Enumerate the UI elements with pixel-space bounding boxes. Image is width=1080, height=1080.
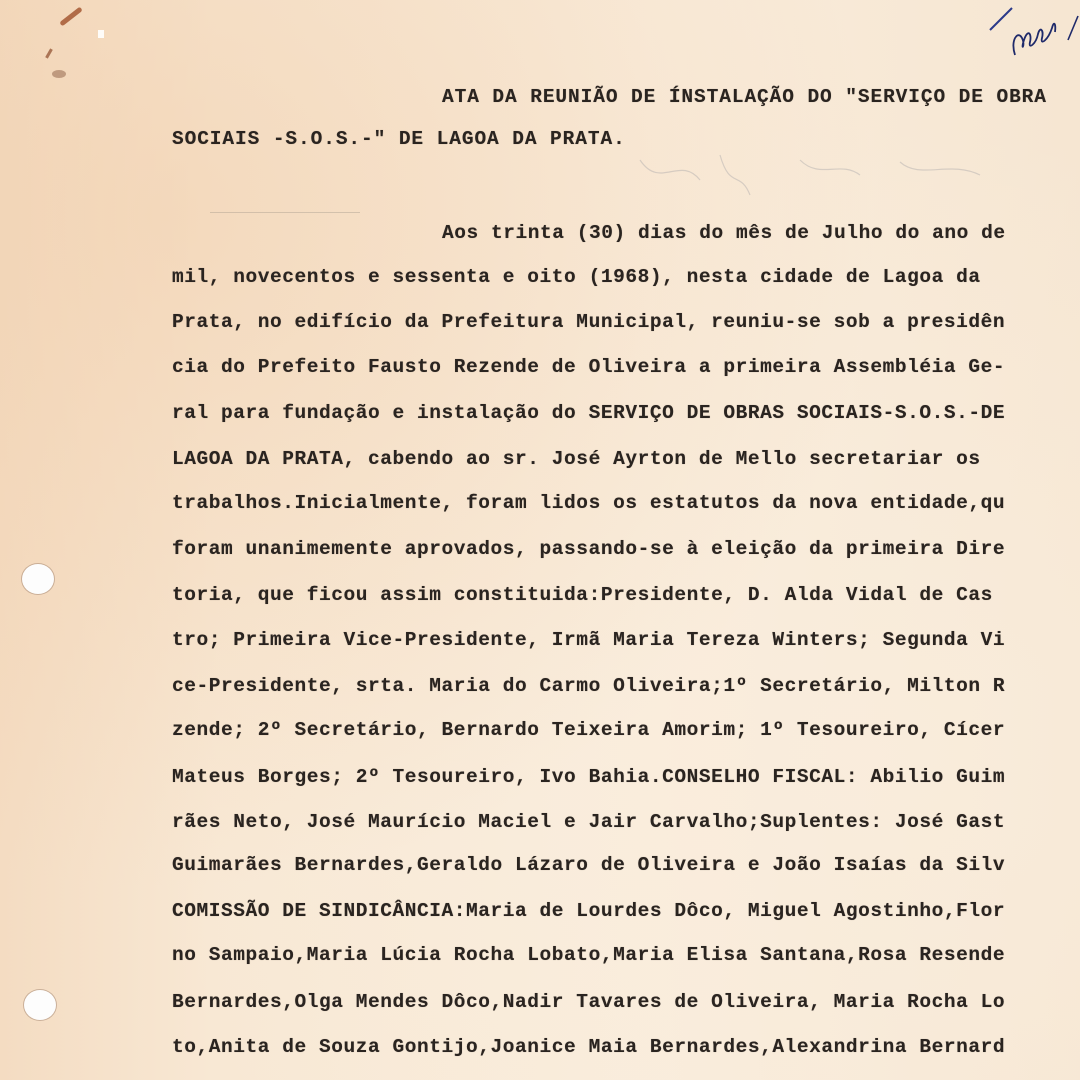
- faint-pencil-marks: [600, 150, 1020, 210]
- body-line: no Sampaio,Maria Lúcia Rocha Lobato,Mari…: [172, 944, 1005, 966]
- body-line: LAGOA DA PRATA, cabendo ao sr. José Ayrt…: [172, 448, 981, 470]
- body-line: zende; 2º Secretário, Bernardo Teixeira …: [172, 719, 1005, 741]
- body-line: foram unanimemente aprovados, passando-s…: [172, 538, 1005, 560]
- body-line: mil, novecentos e sessenta e oito (1968)…: [172, 266, 981, 288]
- divider: [210, 212, 360, 213]
- body-line: Guimarães Bernardes,Geraldo Lázaro de Ol…: [172, 854, 1005, 876]
- rust-stain: [45, 48, 53, 58]
- title-line-2: SOCIAIS -S.O.S.-" DE LAGOA DA PRATA.: [172, 128, 626, 150]
- body-line: tro; Primeira Vice-Presidente, Irmã Mari…: [172, 629, 1005, 651]
- body-line: Aos trinta (30) dias do mês de Julho do …: [442, 222, 1006, 244]
- body-line: ral para fundação e instalação do SERVIÇ…: [172, 402, 1005, 424]
- rust-stain: [59, 7, 83, 27]
- punch-hole: [22, 564, 54, 594]
- body-line: to,Anita de Souza Gontijo,Joanice Maia B…: [172, 1036, 1005, 1058]
- paper-tear: [98, 30, 104, 38]
- body-line: rães Neto, José Maurício Maciel e Jair C…: [172, 811, 1005, 833]
- body-line: trabalhos.Inicialmente, foram lidos os e…: [172, 492, 1005, 514]
- staple-mark: [52, 70, 66, 78]
- body-line: Bernardes,Olga Mendes Dôco,Nadir Tavares…: [172, 991, 1005, 1013]
- document-page: ATA DA REUNIÃO DE ÍNSTALAÇÃO DO "SERVIÇO…: [0, 0, 1080, 1080]
- body-line: Mateus Borges; 2º Tesoureiro, Ivo Bahia.…: [172, 766, 1005, 788]
- title-line-1: ATA DA REUNIÃO DE ÍNSTALAÇÃO DO "SERVIÇO…: [442, 86, 1047, 108]
- body-line: Prata, no edifício da Prefeitura Municip…: [172, 311, 1005, 333]
- body-line: cia do Prefeito Fausto Rezende de Olivei…: [172, 356, 1005, 378]
- signature-icon: [960, 0, 1080, 60]
- body-line: toria, que ficou assim constituida:Presi…: [172, 584, 993, 606]
- body-line: COMISSÃO DE SINDICÂNCIA:Maria de Lourdes…: [172, 900, 1005, 922]
- body-line: ce-Presidente, srta. Maria do Carmo Oliv…: [172, 675, 1005, 697]
- punch-hole: [24, 990, 56, 1020]
